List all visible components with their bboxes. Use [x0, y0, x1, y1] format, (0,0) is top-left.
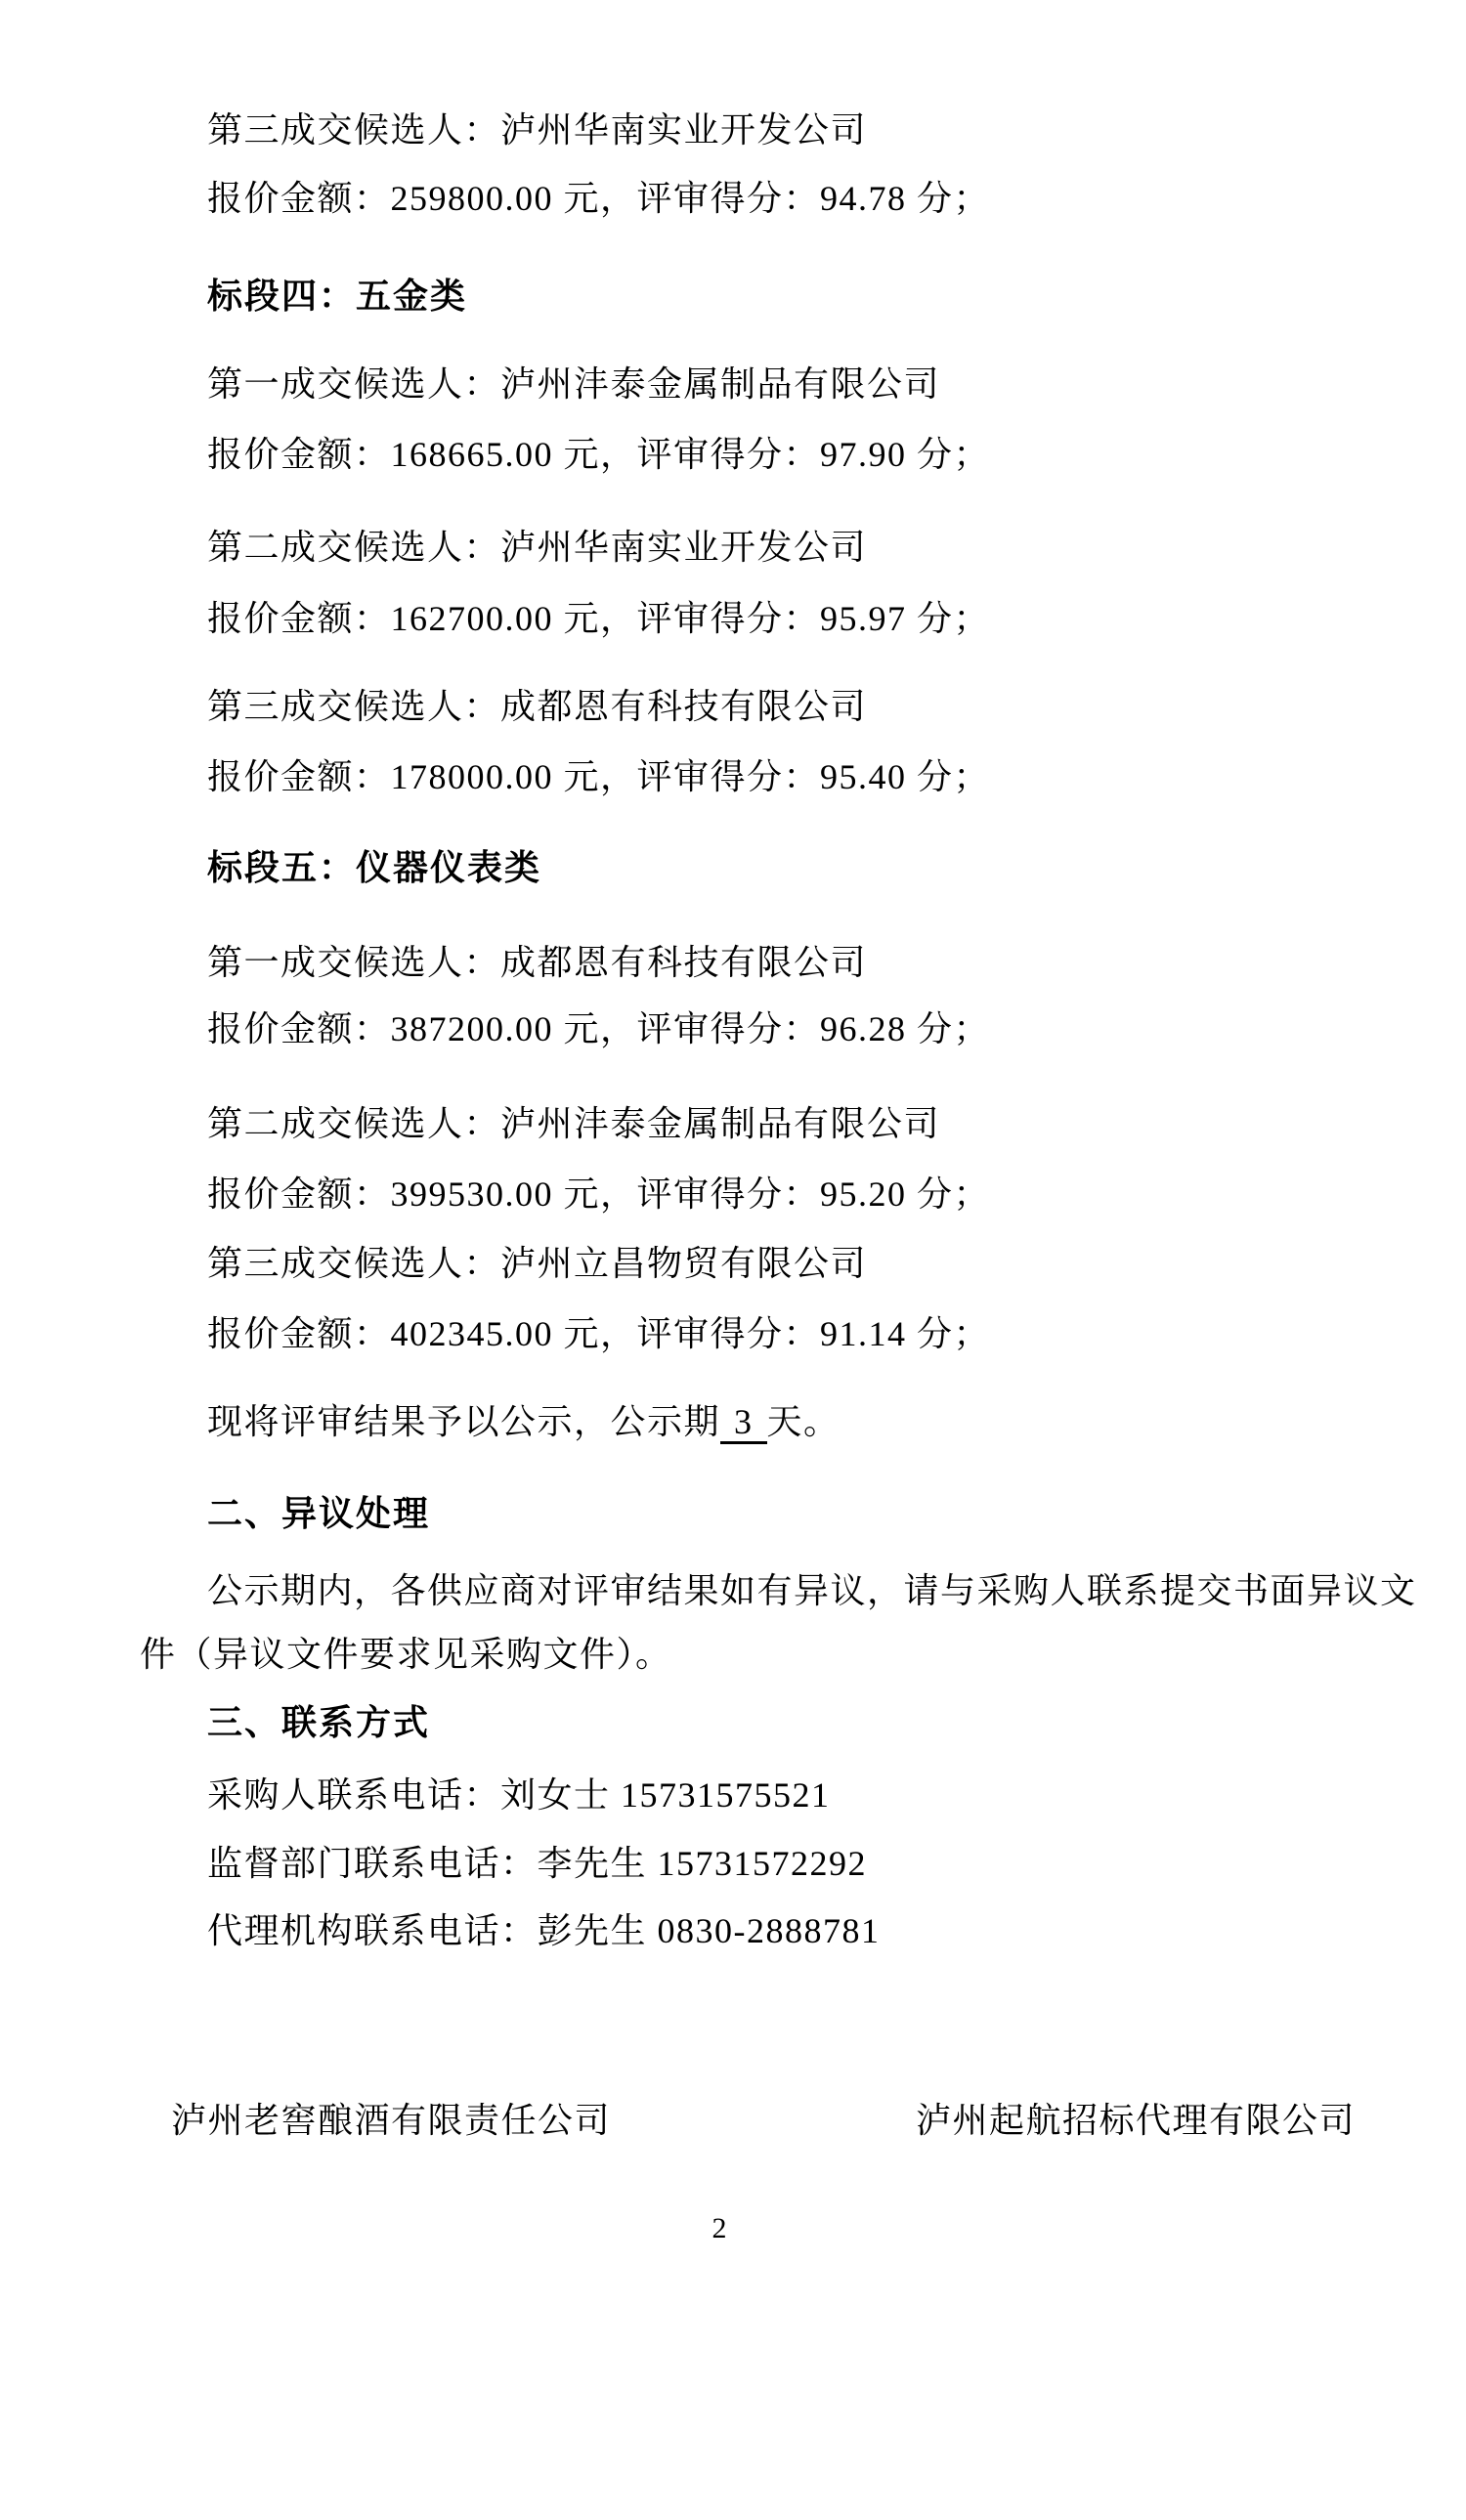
publicity-notice-prefix: 现将评审结果予以公示，公示期	[207, 1402, 720, 1441]
signature-agency: 泸州起航招标代理有限公司	[916, 2100, 1356, 2142]
lot4-candidate3: 第三成交候选人：成都恩有科技有限公司	[207, 686, 867, 728]
lot3-candidate3: 第三成交候选人：泸州华南实业开发公司	[207, 109, 867, 151]
contact-buyer-phone: 采购人联系电话：刘女士 15731575521	[207, 1774, 831, 1816]
lot4-heading: 标段四：五金类	[207, 275, 467, 317]
publicity-notice-suffix: 天。	[767, 1402, 841, 1441]
lot3-candidate3-bid: 报价金额：259800.00 元，评审得分：94.78 分；	[207, 178, 990, 220]
lot5-heading: 标段五：仪器仪表类	[207, 846, 541, 888]
signature-purchaser: 泸州老窖酿酒有限责任公司	[171, 2100, 611, 2142]
lot4-candidate1: 第一成交候选人：泸州沣泰金属制品有限公司	[207, 363, 940, 406]
lot5-candidate2: 第二成交候选人：泸州沣泰金属制品有限公司	[207, 1103, 940, 1145]
lot5-candidate1-bid: 报价金额：387200.00 元，评审得分：96.28 分；	[207, 1008, 990, 1050]
lot5-candidate1: 第一成交候选人：成都恩有科技有限公司	[207, 942, 867, 984]
contact-supervisor-phone: 监督部门联系电话：李先生 15731572292	[207, 1843, 867, 1885]
objection-text-line1: 公示期内，各供应商对评审结果如有异议，请与采购人联系提交书面异议文	[207, 1570, 1417, 1612]
lot5-candidate3-bid: 报价金额：402345.00 元，评审得分：91.14 分；	[207, 1313, 990, 1355]
page-number: 2	[0, 2211, 1439, 2246]
lot5-candidate2-bid: 报价金额：399530.00 元，评审得分：95.20 分；	[207, 1174, 990, 1216]
objection-heading: 二、异议处理	[207, 1492, 430, 1534]
document-page: 第三成交候选人：泸州华南实业开发公司 报价金额：259800.00 元，评审得分…	[0, 0, 1466, 2520]
publicity-period-days: 3	[720, 1404, 767, 1444]
lot5-candidate3: 第三成交候选人：泸州立昌物贸有限公司	[207, 1243, 867, 1285]
lot4-candidate3-bid: 报价金额：178000.00 元，评审得分：95.40 分；	[207, 756, 990, 798]
objection-text-line2: 件（异议文件要求见采购文件）。	[140, 1634, 672, 1676]
lot4-candidate2-bid: 报价金额：162700.00 元，评审得分：95.97 分；	[207, 598, 990, 640]
publicity-notice: 现将评审结果予以公示，公示期3天。	[207, 1401, 841, 1444]
lot4-candidate1-bid: 报价金额：168665.00 元，评审得分：97.90 分；	[207, 434, 990, 476]
lot4-candidate2: 第二成交候选人：泸州华南实业开发公司	[207, 527, 867, 569]
contact-agency-phone: 代理机构联系电话：彭先生 0830-2888781	[207, 1910, 881, 1952]
contact-heading: 三、联系方式	[207, 1701, 430, 1743]
